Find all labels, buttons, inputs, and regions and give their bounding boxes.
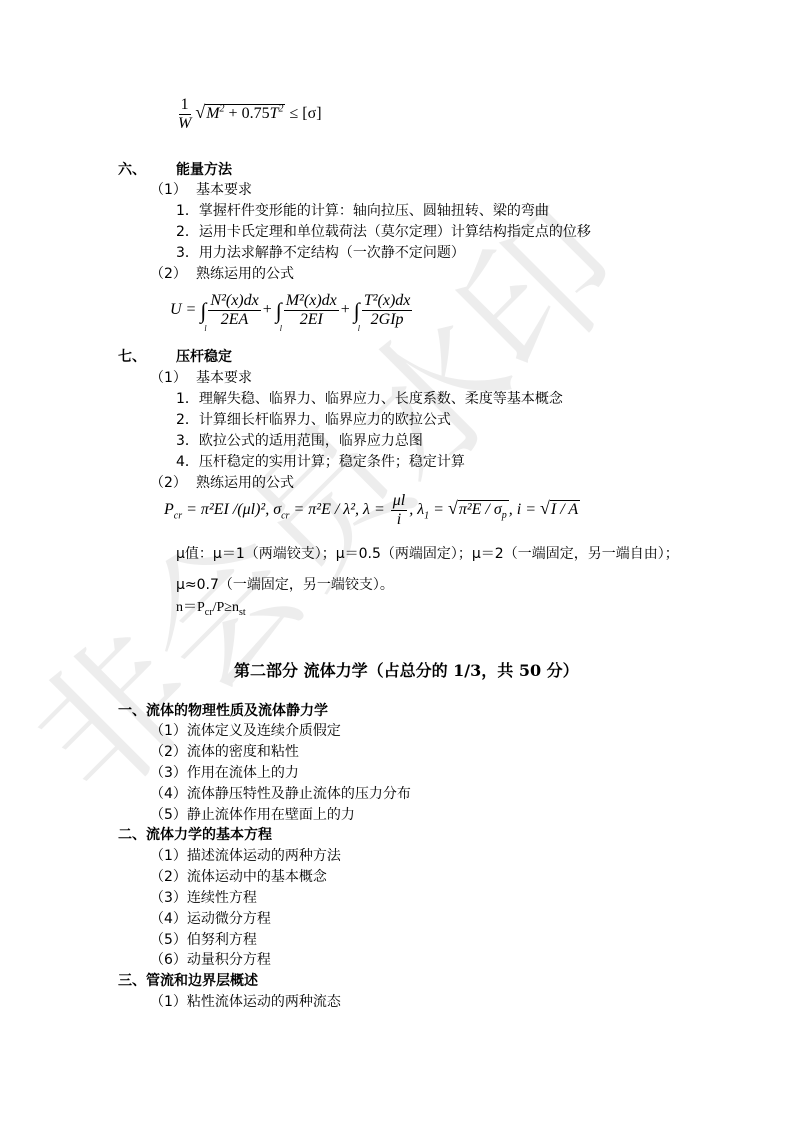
safety-factor-formula: n＝Pcr/P≥nst [176, 596, 246, 618]
list-item: （4）流体静压特性及静止流体的压力分布 [150, 784, 411, 804]
section-6-sub1-label: （1） [150, 180, 187, 200]
list-item: 1．理解失稳、临界力、临界应力、长度系数、柔度等基本概念 [176, 389, 563, 409]
list-item: 3．欧拉公式的适用范围，临界应力总图 [176, 431, 423, 451]
list-item: （2）流体运动中的基本概念 [150, 867, 327, 887]
list-item: 3．用力法求解静不定结构（一次静不定问题） [176, 243, 465, 263]
list-item: （6）动量积分方程 [150, 950, 271, 970]
list-item: 4．压杆稳定的实用计算；稳定条件；稳定计算 [176, 452, 465, 472]
list-item: （3）连续性方程 [150, 888, 257, 908]
euler-formula: Pcr = π²EI /(μl)², σcr = π²E / λ², λ = μ… [164, 492, 580, 529]
list-item: （1）粘性流体运动的两种流态 [150, 992, 341, 1012]
part-2-section-1-title: 一、流体的物理性质及流体静力学 [118, 701, 328, 721]
strain-energy-formula: U = ∫lN²(x)dx2EA+ ∫lM²(x)dx2EI+ ∫lT²(x)d… [170, 292, 414, 329]
section-6-title: 能量方法 [176, 160, 232, 180]
part-2-section-2-title: 二、流体力学的基本方程 [118, 825, 272, 845]
part-2-section-3-title: 三、管流和边界层概述 [118, 971, 258, 991]
section-7-number: 七、 [118, 347, 146, 367]
section-7-sub2-label: （2） [150, 473, 187, 493]
section-6-number: 六、 [118, 160, 146, 180]
section-7-sub1-title: 基本要求 [196, 368, 252, 388]
part-2-title: 第二部分 流体力学（占总分的 1/3，共 50 分） [234, 658, 579, 681]
list-item: （5）静止流体作用在壁面上的力 [150, 805, 355, 825]
list-item: （1）描述流体运动的两种方法 [150, 846, 341, 866]
section-6-sub2-label: （2） [150, 264, 187, 284]
list-item: 1．掌握杆件变形能的计算：轴向拉压、圆轴扭转、梁的弯曲 [176, 201, 549, 221]
bending-torsion-formula: 1W√M2 + 0.75T2 ≤ [σ] [174, 96, 322, 133]
section-7-title: 压杆稳定 [176, 347, 232, 367]
list-item: 2．计算细长杆临界力、临界应力的欧拉公式 [176, 410, 451, 430]
list-item: （2）流体的密度和粘性 [150, 742, 299, 762]
list-item: （3）作用在流体上的力 [150, 763, 299, 783]
list-item: 2．运用卡氏定理和单位载荷法（莫尔定理）计算结构指定点的位移 [176, 222, 591, 242]
section-7-sub2-title: 熟练运用的公式 [196, 473, 294, 493]
list-item: （5）伯努利方程 [150, 930, 257, 950]
section-7-sub1-label: （1） [150, 368, 187, 388]
list-item: （1）流体定义及连续介质假定 [150, 721, 341, 741]
mu-values-line-1: μ值：μ＝1（两端铰支）；μ＝0.5（两端固定）；μ＝2（一端固定，另一端自由）… [176, 544, 679, 564]
section-6-sub2-title: 熟练运用的公式 [196, 264, 294, 284]
mu-values-line-2: μ≈0.7（一端固定，另一端铰支）。 [176, 575, 394, 595]
section-6-sub1-title: 基本要求 [196, 180, 252, 200]
list-item: （4）运动微分方程 [150, 909, 271, 929]
